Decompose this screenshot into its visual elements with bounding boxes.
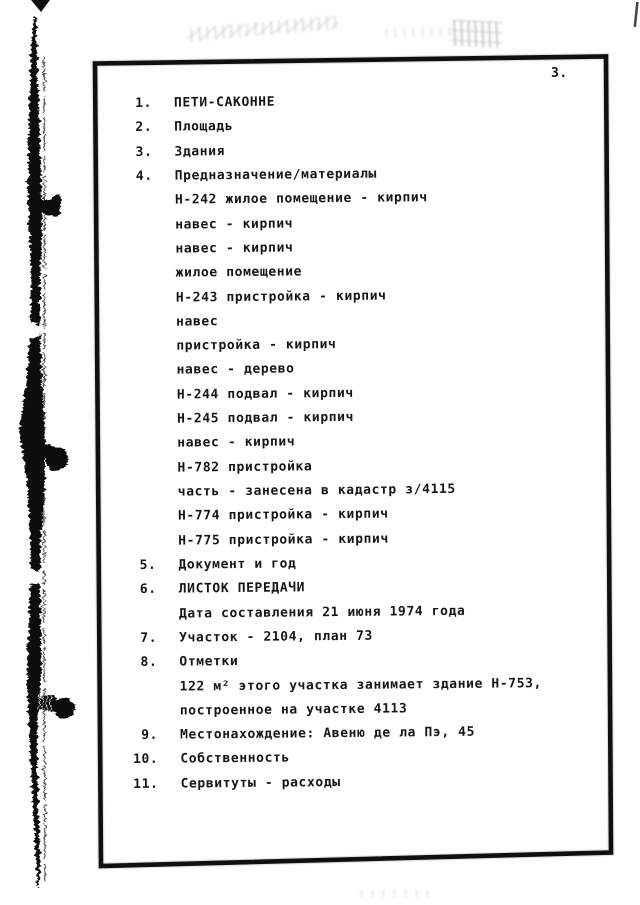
item-subtext: пристройка - кирпич xyxy=(176,333,336,359)
item-number: 9. xyxy=(116,724,158,749)
item-subtext: часть - занесена в кадастр з/4115 xyxy=(178,478,456,505)
item-text: Собственность xyxy=(180,747,290,772)
scanned-document-page: 3. 1.ПЕТИ-САКОННЕ2.Площадь3.Здания4.Пред… xyxy=(0,0,640,905)
item-text: Площадь xyxy=(174,115,233,140)
item-number: 11. xyxy=(116,773,158,798)
item-number: 8. xyxy=(115,651,157,676)
item-text: Документ и год xyxy=(178,552,296,577)
item-subtext: Н-775 пристройка - кирпич xyxy=(178,527,389,553)
item-subtext: навес - кирпич xyxy=(177,431,295,456)
item-number: 7. xyxy=(115,627,157,652)
item-subtext: 122 м² этого участка занимает здание Н-7… xyxy=(180,672,543,700)
faint-stamp-mark xyxy=(451,20,502,49)
faint-stamp-mark xyxy=(382,27,454,39)
item-subtext: Н-245 подвал - кирпич xyxy=(177,406,354,432)
item-subtext: Н-243 пристройка - кирпич xyxy=(176,284,387,310)
item-number: 4. xyxy=(111,165,153,190)
item-text: Участок - 2104, план 73 xyxy=(179,625,373,651)
item-number: 2. xyxy=(110,116,152,141)
page-number: 3. xyxy=(551,66,568,81)
item-number: 6. xyxy=(115,578,157,603)
item-number: 5. xyxy=(114,554,156,579)
item-number: 1. xyxy=(110,92,152,117)
item-text: ПЕТИ-САКОННЕ xyxy=(174,91,275,116)
faint-footer-mark xyxy=(356,890,428,897)
item-subtext: жилое помещение xyxy=(176,261,303,287)
item-text: Отметки xyxy=(179,650,238,675)
item-number: 10. xyxy=(116,748,158,773)
list-item: 11.Сервитуты - расходы xyxy=(6,768,640,798)
item-subtext: Н-782 пристройка xyxy=(177,455,312,481)
item-text: Местонахождение: Авеню де ла Пэ, 45 xyxy=(180,721,475,748)
faint-stamp-mark xyxy=(188,15,339,41)
item-subtext: навес - кирпич xyxy=(175,236,293,261)
item-text: Здания xyxy=(174,140,225,165)
item-subtext: навес xyxy=(176,310,218,335)
item-text: Сервитуты - расходы xyxy=(180,771,340,797)
item-text: ЛИСТОК ПЕРЕДАЧИ xyxy=(179,577,306,603)
item-text: Предназначение/материалы xyxy=(175,163,377,189)
item-subtext: Н-774 пристройка - кирпич xyxy=(178,503,389,529)
item-number: 3. xyxy=(110,140,152,165)
binder-top-tab-icon xyxy=(31,0,50,12)
item-subtext: построенное на участке 4113 xyxy=(180,697,408,723)
corner-scan-mark xyxy=(633,2,638,27)
item-subtext: навес - дерево xyxy=(176,358,294,383)
document-list: 1.ПЕТИ-САКОННЕ2.Площадь3.Здания4.Предназ… xyxy=(0,87,640,798)
item-subtext: Дата составления 21 июня 1974 года xyxy=(179,599,466,626)
item-subtext: Н-244 подвал - кирпич xyxy=(177,382,354,408)
item-subtext: Н-242 жилое помещение - кирпич xyxy=(175,186,428,213)
item-subtext: навес - кирпич xyxy=(175,212,293,237)
